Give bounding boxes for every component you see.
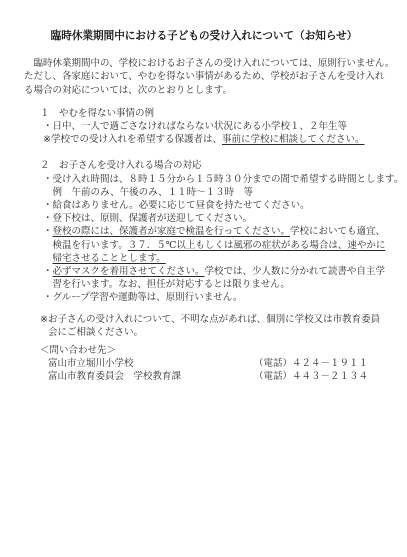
contact-section: ＜問い合わせ先＞ 富山市立堀川小学校 （電話）４２４－１９１１ 富山市教育委員会…	[40, 345, 407, 385]
underlined-text: 事前に学校に相談してください。	[222, 135, 365, 145]
bullet-icon: ・	[43, 226, 53, 266]
reference-mark-icon: ※	[40, 314, 48, 340]
closing-note: ※ お子さんの受け入れについて、不明な点があれば、個別に学校又は市教育委員 会に…	[40, 314, 407, 340]
underlined-text: 帰宅させることとします。	[53, 254, 166, 264]
list-item: ・ 給食はありません。必要に応じて昼食を持たせてください。	[43, 200, 407, 213]
list-item: ・ 受け入れ時間は、８時１５分から１５時３０分までの間で希望する時間とします。 …	[43, 174, 407, 200]
section-1-heading: １ やむを得ない事情の例	[40, 108, 407, 121]
closing-note-text: 会にご相談ください。	[48, 327, 380, 340]
bullet-icon: ・	[43, 292, 53, 305]
reference-mark-icon: ※	[43, 134, 51, 147]
list-item-text: 日中、一人で過ごさなければならない状況にある小学校１、２年生等	[53, 121, 407, 134]
intro-paragraph: 臨時休業期間中の、学校におけるお子さんの受け入れについては、原則行いません。 た…	[24, 58, 407, 98]
bullet-icon: ・	[43, 121, 53, 134]
contact-row: 富山市教育委員会 学校教育課 （電話）４４３－２１３４	[48, 371, 407, 384]
underlined-text: 登校の際には、保護者が家庭で検温を行ってください。	[53, 227, 291, 237]
list-item: ・ グループ学習や運動等は、原則行いません。	[43, 292, 407, 305]
contact-heading: ＜問い合わせ先＞	[40, 345, 407, 358]
page-title: 臨時休業期間中における子どもの受け入れについて（お知らせ）	[24, 30, 384, 43]
list-item-text: 受け入れ時間は、８時１５分から１５時３０分までの間で希望する時間とします。	[53, 174, 407, 187]
list-item-text: 帰宅させることとします。	[53, 253, 407, 266]
bullet-icon: ・	[43, 266, 53, 292]
list-item-text: グループ学習や運動等は、原則行いません。	[53, 292, 407, 305]
intro-line: る場合の対応については、次のとおりとします。	[24, 85, 407, 98]
notice-document: 臨時休業期間中における子どもの受け入れについて（お知らせ） 臨時休業期間中の、学…	[0, 0, 407, 557]
section-response: ２ お子さんを受け入れる場合の対応 ・ 受け入れ時間は、８時１５分から１５時３０…	[40, 160, 407, 305]
contact-phone: （電話）４２４－１９１１	[254, 358, 368, 371]
bullet-icon: ・	[43, 200, 53, 213]
list-item: ・ 登校の際には、保護者が家庭で検温を行ってください。学校においても適宜、 検温…	[43, 226, 407, 266]
list-item-subtext: 例 午前のみ、午後のみ、１１時～１３時 等	[53, 187, 407, 200]
list-item: ・ 必ずマスクを着用させてください。学校では、少人数に分かれて読書や自主学 習を…	[43, 266, 407, 292]
section-2-heading: ２ お子さんを受け入れる場合の対応	[40, 160, 407, 173]
contact-phone: （電話）４４３－２１３４	[254, 371, 368, 384]
intro-line: 臨時休業期間中の、学校におけるお子さんの受け入れについては、原則行いません。	[24, 58, 407, 71]
bullet-icon: ・	[43, 213, 53, 226]
list-item-text: 検温を行います。３７．５℃以上もしくは風邪の症状がある場合は、速やかに	[53, 240, 407, 253]
list-item-text: 習を行います。なお、担任が対応するとは限りません。	[53, 279, 407, 292]
note-line: ※ 学校での受け入れを希望する保護者は、事前に学校に相談してください。	[43, 134, 407, 147]
intro-line: ただし、各家庭において、やむを得ない事情があるため、学校がお子さんを受け入れ	[24, 71, 407, 84]
underlined-text: ３７．５℃以上もしくは風邪の症状がある場合は、速やかに	[128, 241, 386, 251]
list-item-text: 登校の際には、保護者が家庭で検温を行ってください。学校においても適宜、	[53, 226, 407, 239]
list-item-text: 給食はありません。必要に応じて昼食を持たせてください。	[53, 200, 407, 213]
list-item-text: 登下校は、原則、保護者が送迎してください。	[53, 213, 407, 226]
contact-name: 富山市立堀川小学校	[48, 358, 254, 371]
section-reasons: １ やむを得ない事情の例 ・ 日中、一人で過ごさなければならない状況にある小学校…	[40, 108, 407, 148]
list-item-text: 必ずマスクを着用させてください。学校では、少人数に分かれて読書や自主学	[53, 266, 407, 279]
closing-note-text: お子さんの受け入れについて、不明な点があれば、個別に学校又は市教育委員	[48, 314, 380, 327]
contact-row: 富山市立堀川小学校 （電話）４２４－１９１１	[48, 358, 407, 371]
note-text: 学校での受け入れを希望する保護者は、事前に学校に相談してください。	[51, 134, 407, 147]
list-item: ・ 登下校は、原則、保護者が送迎してください。	[43, 213, 407, 226]
contact-name: 富山市教育委員会 学校教育課	[48, 371, 254, 384]
underlined-text: 必ずマスクを着用させてください。	[53, 267, 205, 277]
list-item: ・ 日中、一人で過ごさなければならない状況にある小学校１、２年生等	[43, 121, 407, 134]
bullet-icon: ・	[43, 174, 53, 200]
